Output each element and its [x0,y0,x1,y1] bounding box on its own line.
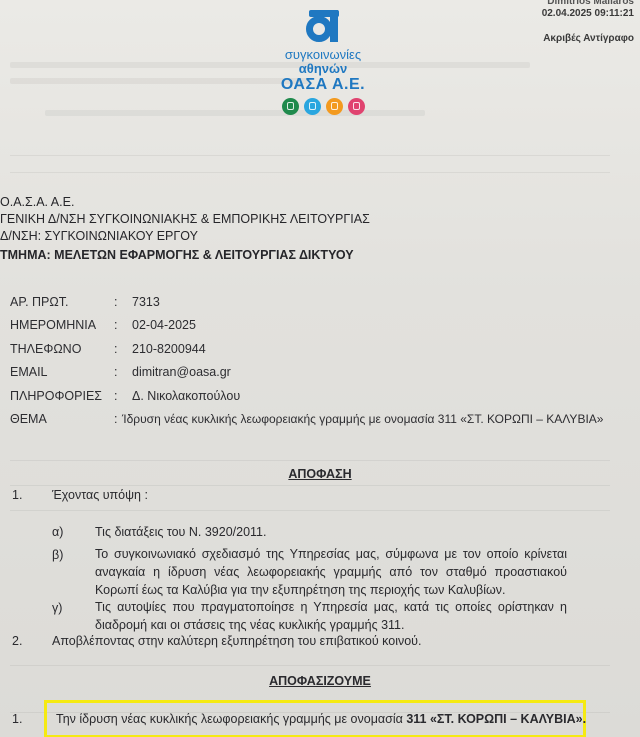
item-number: 1. [12,488,22,502]
decision-title: ΑΠΟΦΑΣΗ [0,467,640,481]
directorate: Δ/ΝΣΗ: ΣΥΓΚΟΙΝΩΝΙΑΚΟΥ ΕΡΓΟΥ [0,228,370,245]
subitem-letter: β) [52,548,63,562]
signer-name: Dimitrios Mallaros [542,0,634,7]
alpha-logo-icon [306,8,340,42]
signature-timestamp: 02.04.2025 09:11:21 [542,7,634,21]
logo-tagline-city: αθηνών [268,62,378,76]
bleed-through [10,485,610,486]
bleed-through [10,155,610,156]
info-label: ΘΕΜΑ [10,412,114,426]
bleed-through [10,665,610,666]
info-value: Δ. Νικολακοπούλου [132,389,240,403]
resolution-title: ΑΠΟΦΑΣΙΖΟΥΜΕ [0,674,640,688]
tram-icon [304,98,321,115]
bleed-through [10,172,610,173]
document-info: ΑΡ. ΠΡΩΤ. : 7313 ΗΜΕΡΟΜΗΝΙΑ : 02-04-2025… [10,290,603,431]
certified-copy-label: Ακριβές Αντίγραφο [542,33,634,44]
info-row-protocol: ΑΡ. ΠΡΩΤ. : 7313 [10,290,603,314]
digital-signature: Dimitrios Mallaros 02.04.2025 09:11:21 Α… [542,0,634,44]
info-value: 210-8200944 [132,342,206,356]
transport-modes [268,98,378,115]
line-name: 311 «ΣΤ. ΚΟΡΩΠΙ – ΚΑΛΥΒΙΑ». [406,712,586,726]
subitem-text: Το συγκοινωνιακό σχεδιασμό της Υπηρεσίας… [95,545,567,599]
info-label: ΗΜΕΡΟΜΗΝΙΑ [10,318,114,332]
department: ΤΜΗΜΑ: ΜΕΛΕΤΩΝ ΕΦΑΡΜΟΓΗΣ & ΛΕΙΤΟΥΡΓΙΑΣ Δ… [0,247,370,264]
metro-icon [348,98,365,115]
organisation-header: Ο.Α.Σ.Α. Α.Ε. ΓΕΝΙΚΗ Δ/ΝΣΗ ΣΥΓΚΟΙΝΩΝΙΑΚΗ… [0,194,370,264]
info-value: 02-04-2025 [132,318,196,332]
info-row-email: EMAIL : dimitran@oasa.gr [10,361,603,385]
resolution-text: Την ίδρυση νέας κυκλικής λεωφορειακής γρ… [56,712,586,726]
oasa-logo: συγκοινωνίες αθηνών ΟΑΣΑ Α.Ε. [268,8,378,115]
subitem-text: Τις αυτοψίες που πραγματοποίησε η Υπηρεσ… [95,598,567,634]
subitem-text: Τις διατάξεις του Ν. 3920/2011. [95,525,266,539]
info-value: dimitran@oasa.gr [132,365,231,379]
info-label: ΠΛΗΡΟΦΟΡΙΕΣ [10,389,114,403]
info-label: ΑΡ. ΠΡΩΤ. [10,295,114,309]
info-value: 7313 [132,295,160,309]
bleed-through [10,510,610,511]
info-row-subject: ΘΕΜΑ : Ίδρυση νέας κυκλικής λεωφορειακής… [10,408,603,432]
info-value-subject: Ίδρυση νέας κυκλικής λεωφορειακής γραμμή… [122,412,603,426]
info-label: EMAIL [10,365,114,379]
resolution-number: 1. [12,712,22,726]
logo-company-name: ΟΑΣΑ Α.Ε. [268,76,378,94]
org-name: Ο.Α.Σ.Α. Α.Ε. [0,194,370,211]
bus-icon [282,98,299,115]
info-row-contact: ΠΛΗΡΟΦΟΡΙΕΣ : Δ. Νικολακοπούλου [10,384,603,408]
item-text: Αποβλέποντας στην καλύτερη εξυπηρέτηση τ… [52,634,421,648]
bleed-through [10,460,610,461]
item-text: Έχοντας υπόψη : [52,488,148,502]
item-number: 2. [12,634,22,648]
info-row-date: ΗΜΕΡΟΜΗΝΙΑ : 02-04-2025 [10,314,603,338]
general-directorate: ΓΕΝΙΚΗ Δ/ΝΣΗ ΣΥΓΚΟΙΝΩΝΙΑΚΗΣ & ΕΜΠΟΡΙΚΗΣ … [0,211,370,228]
logo-tagline: συγκοινωνίες [268,48,378,62]
subitem-letter: α) [52,525,63,539]
subitem-letter: γ) [52,601,62,615]
trolley-icon [326,98,343,115]
info-label: ΤΗΛΕΦΩΝΟ [10,342,114,356]
info-row-phone: ΤΗΛΕΦΩΝΟ : 210-8200944 [10,337,603,361]
bleed-through [10,78,310,84]
